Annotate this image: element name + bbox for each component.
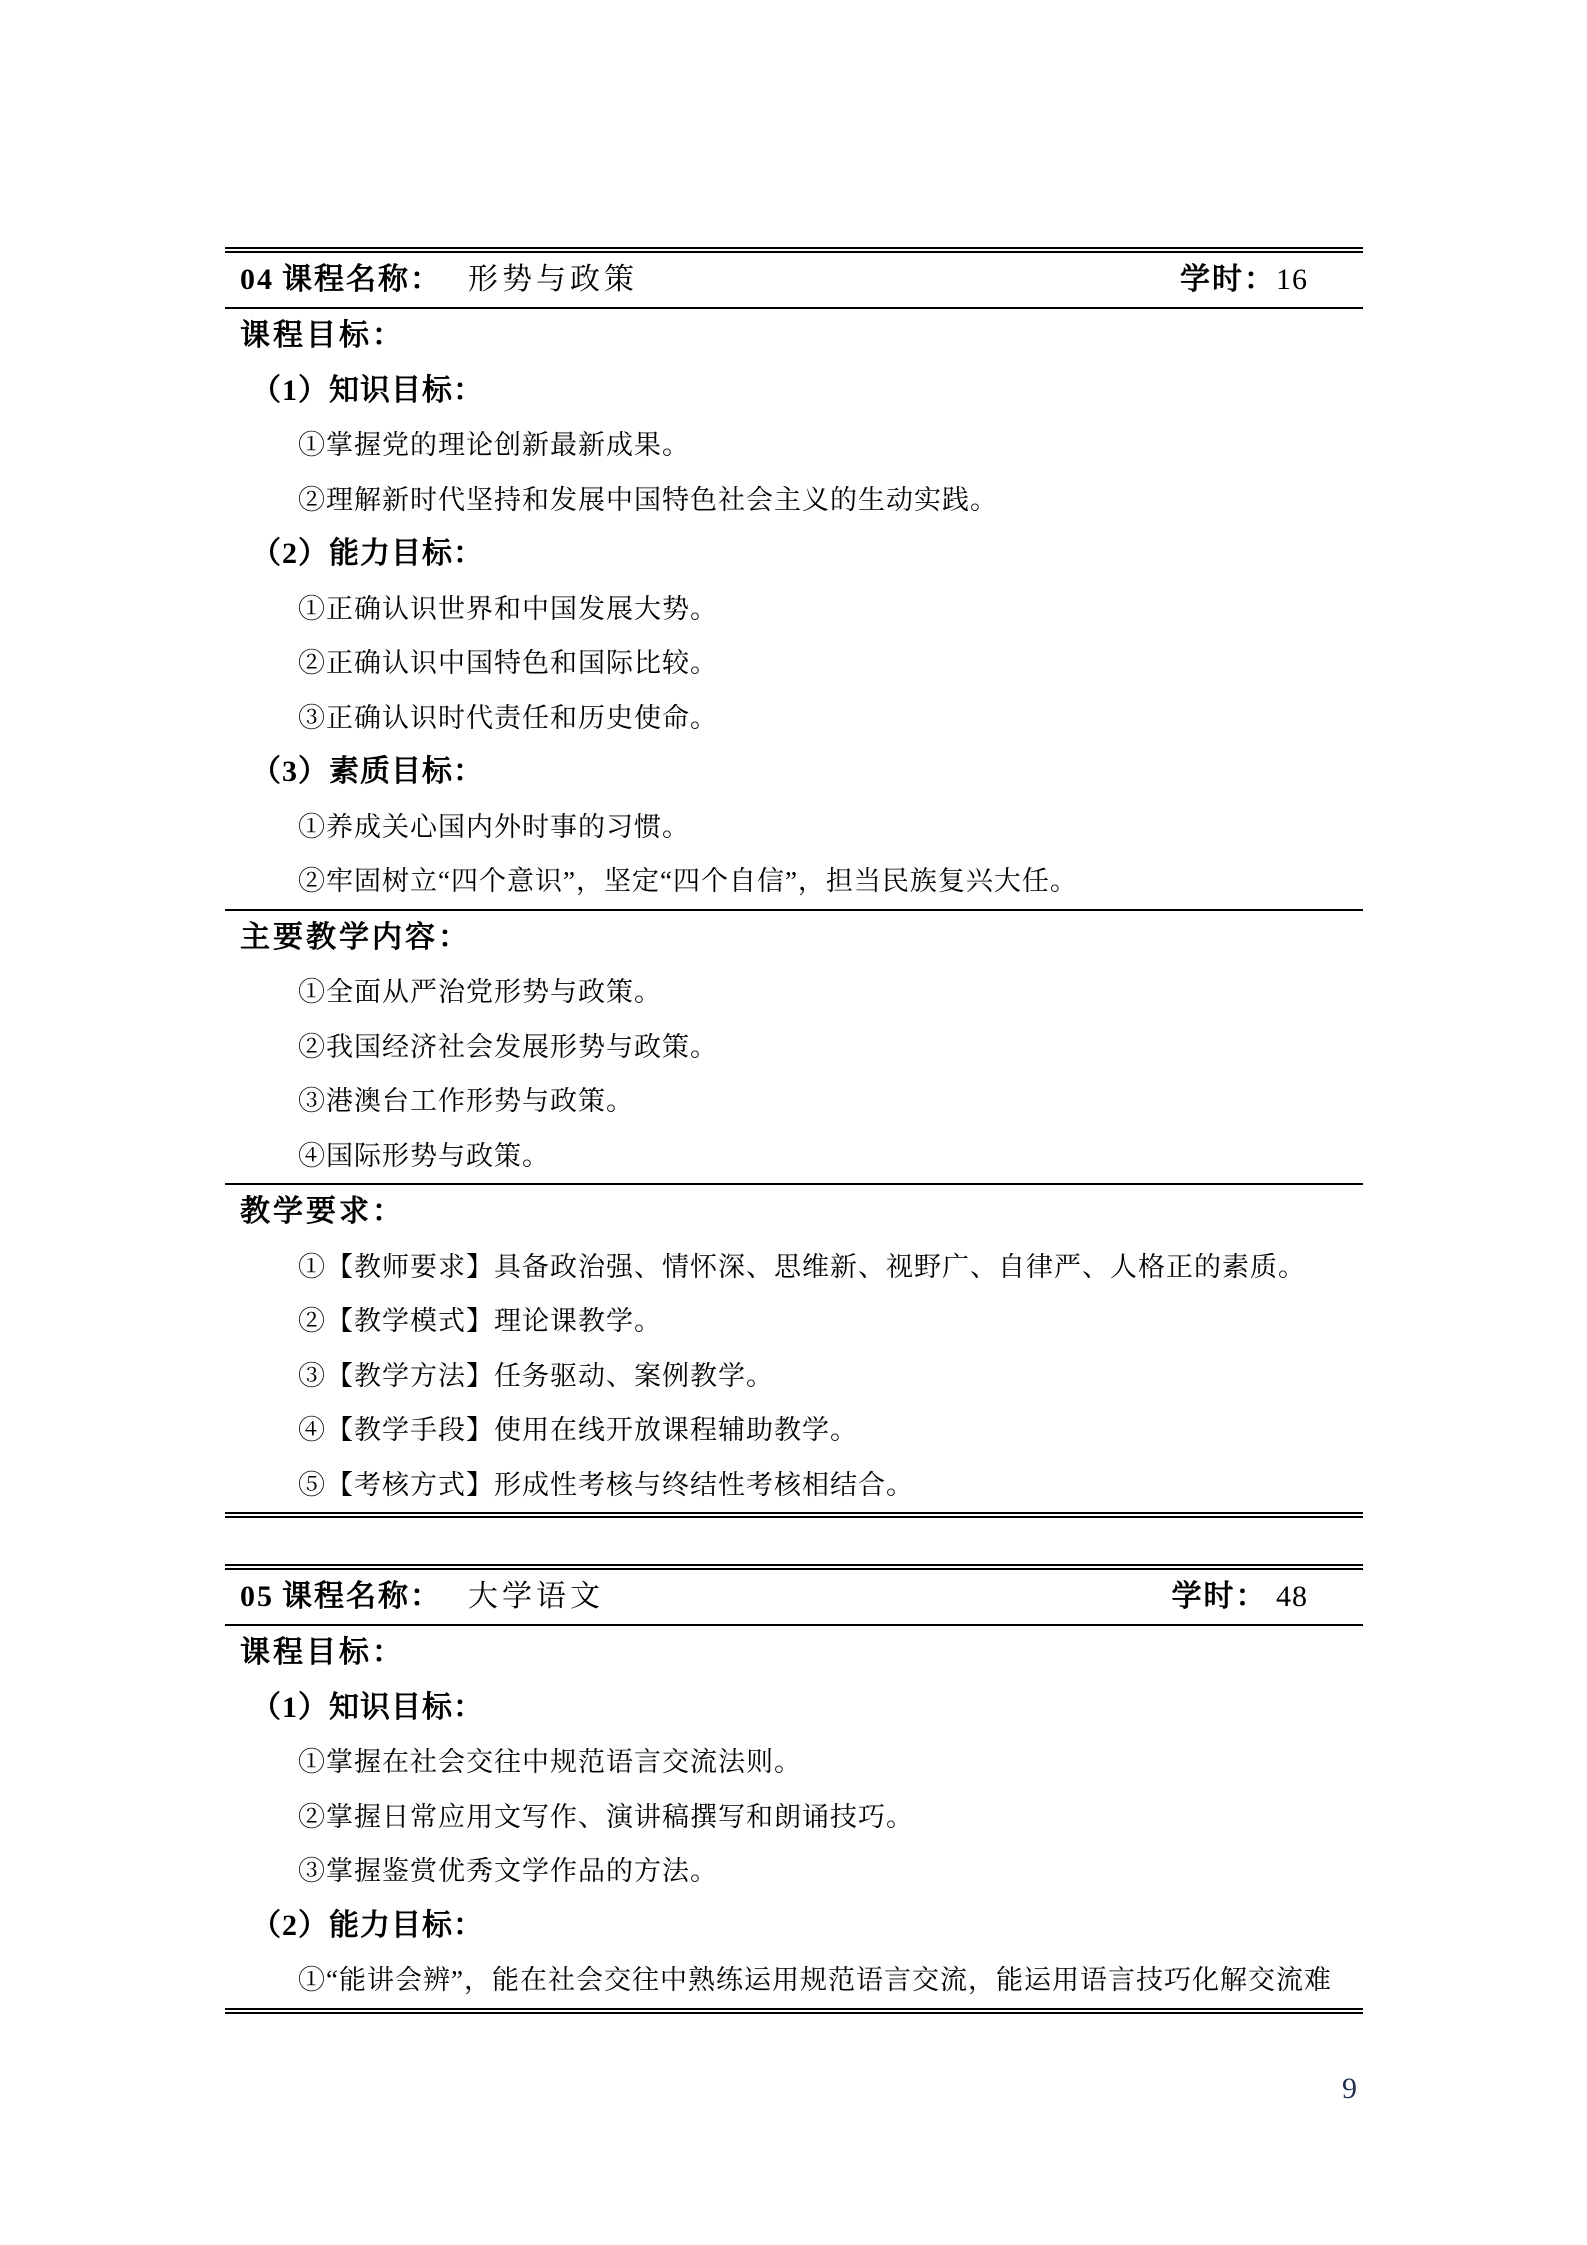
objective-item: ①【教师要求】具备政治强、情怀深、思维新、视野广、自律严、人格正的素质。 [225,1240,1363,1295]
objective-subheading: （2）能力目标： [225,527,1363,582]
course-section: 课程目标：（1）知识目标：①掌握在社会交往中规范语言交流法则。②掌握日常应用文写… [225,1626,1363,2008]
section-title: 教学要求： [225,1185,1363,1240]
objective-item: ②我国经济社会发展形势与政策。 [225,1020,1363,1075]
hours-value: 16 [1276,263,1308,296]
objective-item: ⑤【考核方式】形成性考核与终结性考核相结合。 [225,1458,1363,1513]
objective-item: ①正确认识世界和中国发展大势。 [225,582,1363,637]
section-title: 课程目标： [225,309,1363,364]
section-title: 课程目标： [225,1626,1363,1681]
objective-item: ②掌握日常应用文写作、演讲稿撰写和朗诵技巧。 [225,1790,1363,1845]
objective-subheading: （1）知识目标： [225,364,1363,419]
objective-item: ③港澳台工作形势与政策。 [225,1074,1363,1129]
course-section: 教学要求：①【教师要求】具备政治强、情怀深、思维新、视野广、自律严、人格正的素质… [225,1183,1363,1512]
course-name-label: 课程名称： [282,1580,442,1613]
course-number: 04 [240,263,274,296]
objective-item: ①掌握在社会交往中规范语言交流法则。 [225,1735,1363,1790]
course-name: 形势与政策 [468,263,638,296]
objective-subheading: （3）素质目标： [225,745,1363,800]
course-section: 主要教学内容：①全面从严治党形势与政策。②我国经济社会发展形势与政策。③港澳台工… [225,909,1363,1184]
course-hours: 学时：16 [1180,253,1308,307]
objective-item: ④国际形势与政策。 [225,1129,1363,1184]
course-hours: 学时： 48 [1172,1570,1309,1624]
objective-subheading: （2）能力目标： [225,1899,1363,1954]
hours-value: 48 [1268,1580,1309,1613]
objective-item: ④【教学手段】使用在线开放课程辅助教学。 [225,1403,1363,1458]
course-name: 大学语文 [468,1580,604,1613]
objective-item: ②理解新时代坚持和发展中国特色社会主义的生动实践。 [225,473,1363,528]
section-title: 主要教学内容： [225,911,1363,966]
objective-item: ①“能讲会辨”，能在社会交往中熟练运用规范语言交流，能运用语言技巧化解交流难 [225,1953,1363,2008]
objective-item: ②牢固树立“四个意识”，坚定“四个自信”，担当民族复兴大任。 [225,854,1363,909]
objective-item: ③【教学方法】任务驱动、案例教学。 [225,1349,1363,1404]
document-page: 04课程名称：形势与政策 学时：16 课程目标：（1）知识目标：①掌握党的理论创… [0,0,1587,2245]
hours-label: 学时： [1180,263,1276,296]
objective-item: ③掌握鉴赏优秀文学作品的方法。 [225,1844,1363,1899]
objective-item: ③正确认识时代责任和历史使命。 [225,691,1363,746]
course-name-label: 课程名称： [282,263,442,296]
course-header-row: 05课程名称：大学语文 学时： 48 [225,1570,1363,1626]
course-table-05: 05课程名称：大学语文 学时： 48 课程目标：（1）知识目标：①掌握在社会交往… [225,1564,1363,2014]
hours-label: 学时： [1172,1580,1268,1613]
course-title: 05课程名称：大学语文 [240,1570,604,1624]
course-sections: 课程目标：（1）知识目标：①掌握党的理论创新最新成果。②理解新时代坚持和发展中国… [225,309,1363,1512]
objective-item: ①全面从严治党形势与政策。 [225,965,1363,1020]
objective-subheading: （1）知识目标： [225,1681,1363,1736]
course-header-row: 04课程名称：形势与政策 学时：16 [225,253,1363,309]
page-number: 9 [1342,2072,1357,2106]
objective-item: ②【教学模式】理论课教学。 [225,1294,1363,1349]
course-table-04: 04课程名称：形势与政策 学时：16 课程目标：（1）知识目标：①掌握党的理论创… [225,247,1363,1518]
course-number: 05 [240,1580,274,1613]
course-title: 04课程名称：形势与政策 [240,253,638,307]
course-section: 课程目标：（1）知识目标：①掌握党的理论创新最新成果。②理解新时代坚持和发展中国… [225,309,1363,909]
objective-item: ②正确认识中国特色和国际比较。 [225,636,1363,691]
course-sections: 课程目标：（1）知识目标：①掌握在社会交往中规范语言交流法则。②掌握日常应用文写… [225,1626,1363,2008]
objective-item: ①掌握党的理论创新最新成果。 [225,418,1363,473]
objective-item: ①养成关心国内外时事的习惯。 [225,800,1363,855]
